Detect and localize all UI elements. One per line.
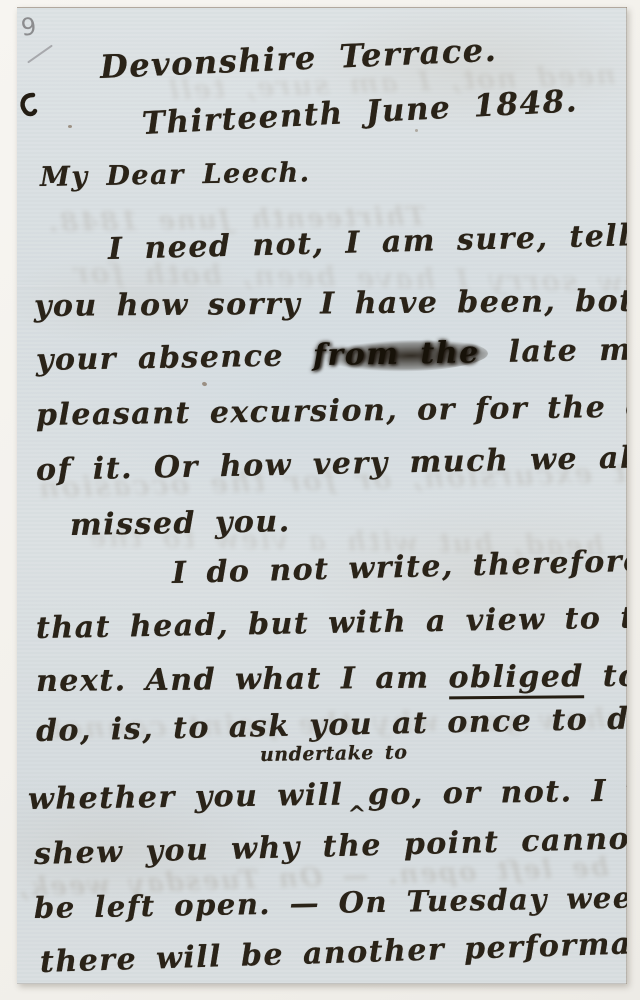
body-line: whether you will^go, or not. I will: [28, 773, 627, 817]
body-line: I do not write, therefore, on: [172, 542, 627, 591]
body-line: pleasant excursion, or for the occasion: [36, 388, 627, 433]
date-line: Thirteenth June 1848.: [141, 83, 579, 142]
page-number-annotation: 9: [20, 12, 38, 41]
pencil-slash-mark: [27, 45, 53, 64]
body-line: there will be another performance: [39, 924, 627, 980]
ink-speck: [415, 129, 418, 132]
salutation-line: My Dear Leech.: [40, 157, 311, 193]
body-line: be left open. — On Tuesday week,: [34, 880, 627, 925]
body-line: that head, but with a view to the: [36, 600, 627, 646]
letter-page: I need not, I am sure, tell Thirteenth J…: [17, 7, 627, 984]
caret-mark: ^: [348, 801, 367, 827]
ink-speck: [201, 381, 207, 386]
body-line: shew you why the point cannot: [34, 821, 627, 872]
address-line: Devonshire Terrace.: [99, 31, 498, 86]
body-text-segment: go, or not. I will: [368, 773, 627, 813]
body-text-segment: next. And what I am: [36, 660, 449, 699]
body-line: your absence from the late most: [36, 332, 627, 378]
body-text-segment: to: [584, 659, 627, 694]
letter-scan: I need not, I am sure, tell Thirteenth J…: [0, 0, 640, 1000]
underlined-word: obliged: [448, 659, 584, 699]
body-line: I need not, I am sure, tell: [108, 218, 627, 267]
ink-speck: [68, 125, 72, 128]
body-text-segment: late most: [487, 332, 627, 370]
body-text-segment: your absence: [36, 338, 306, 378]
body-line: missed you.: [70, 504, 291, 543]
body-line: do, is, to ask you at once to decide: [36, 700, 627, 749]
body-text-segment: whether you will: [28, 778, 344, 817]
body-line: you how sorry I have been, both for: [34, 283, 627, 324]
stray-ink-mark: [18, 91, 40, 121]
body-line: of it. Or how very much we all: [36, 440, 627, 488]
blotted-words: from the: [305, 335, 488, 373]
interline-insertion: undertake to: [260, 741, 408, 766]
body-line: next. And what I am obliged to: [36, 659, 627, 699]
